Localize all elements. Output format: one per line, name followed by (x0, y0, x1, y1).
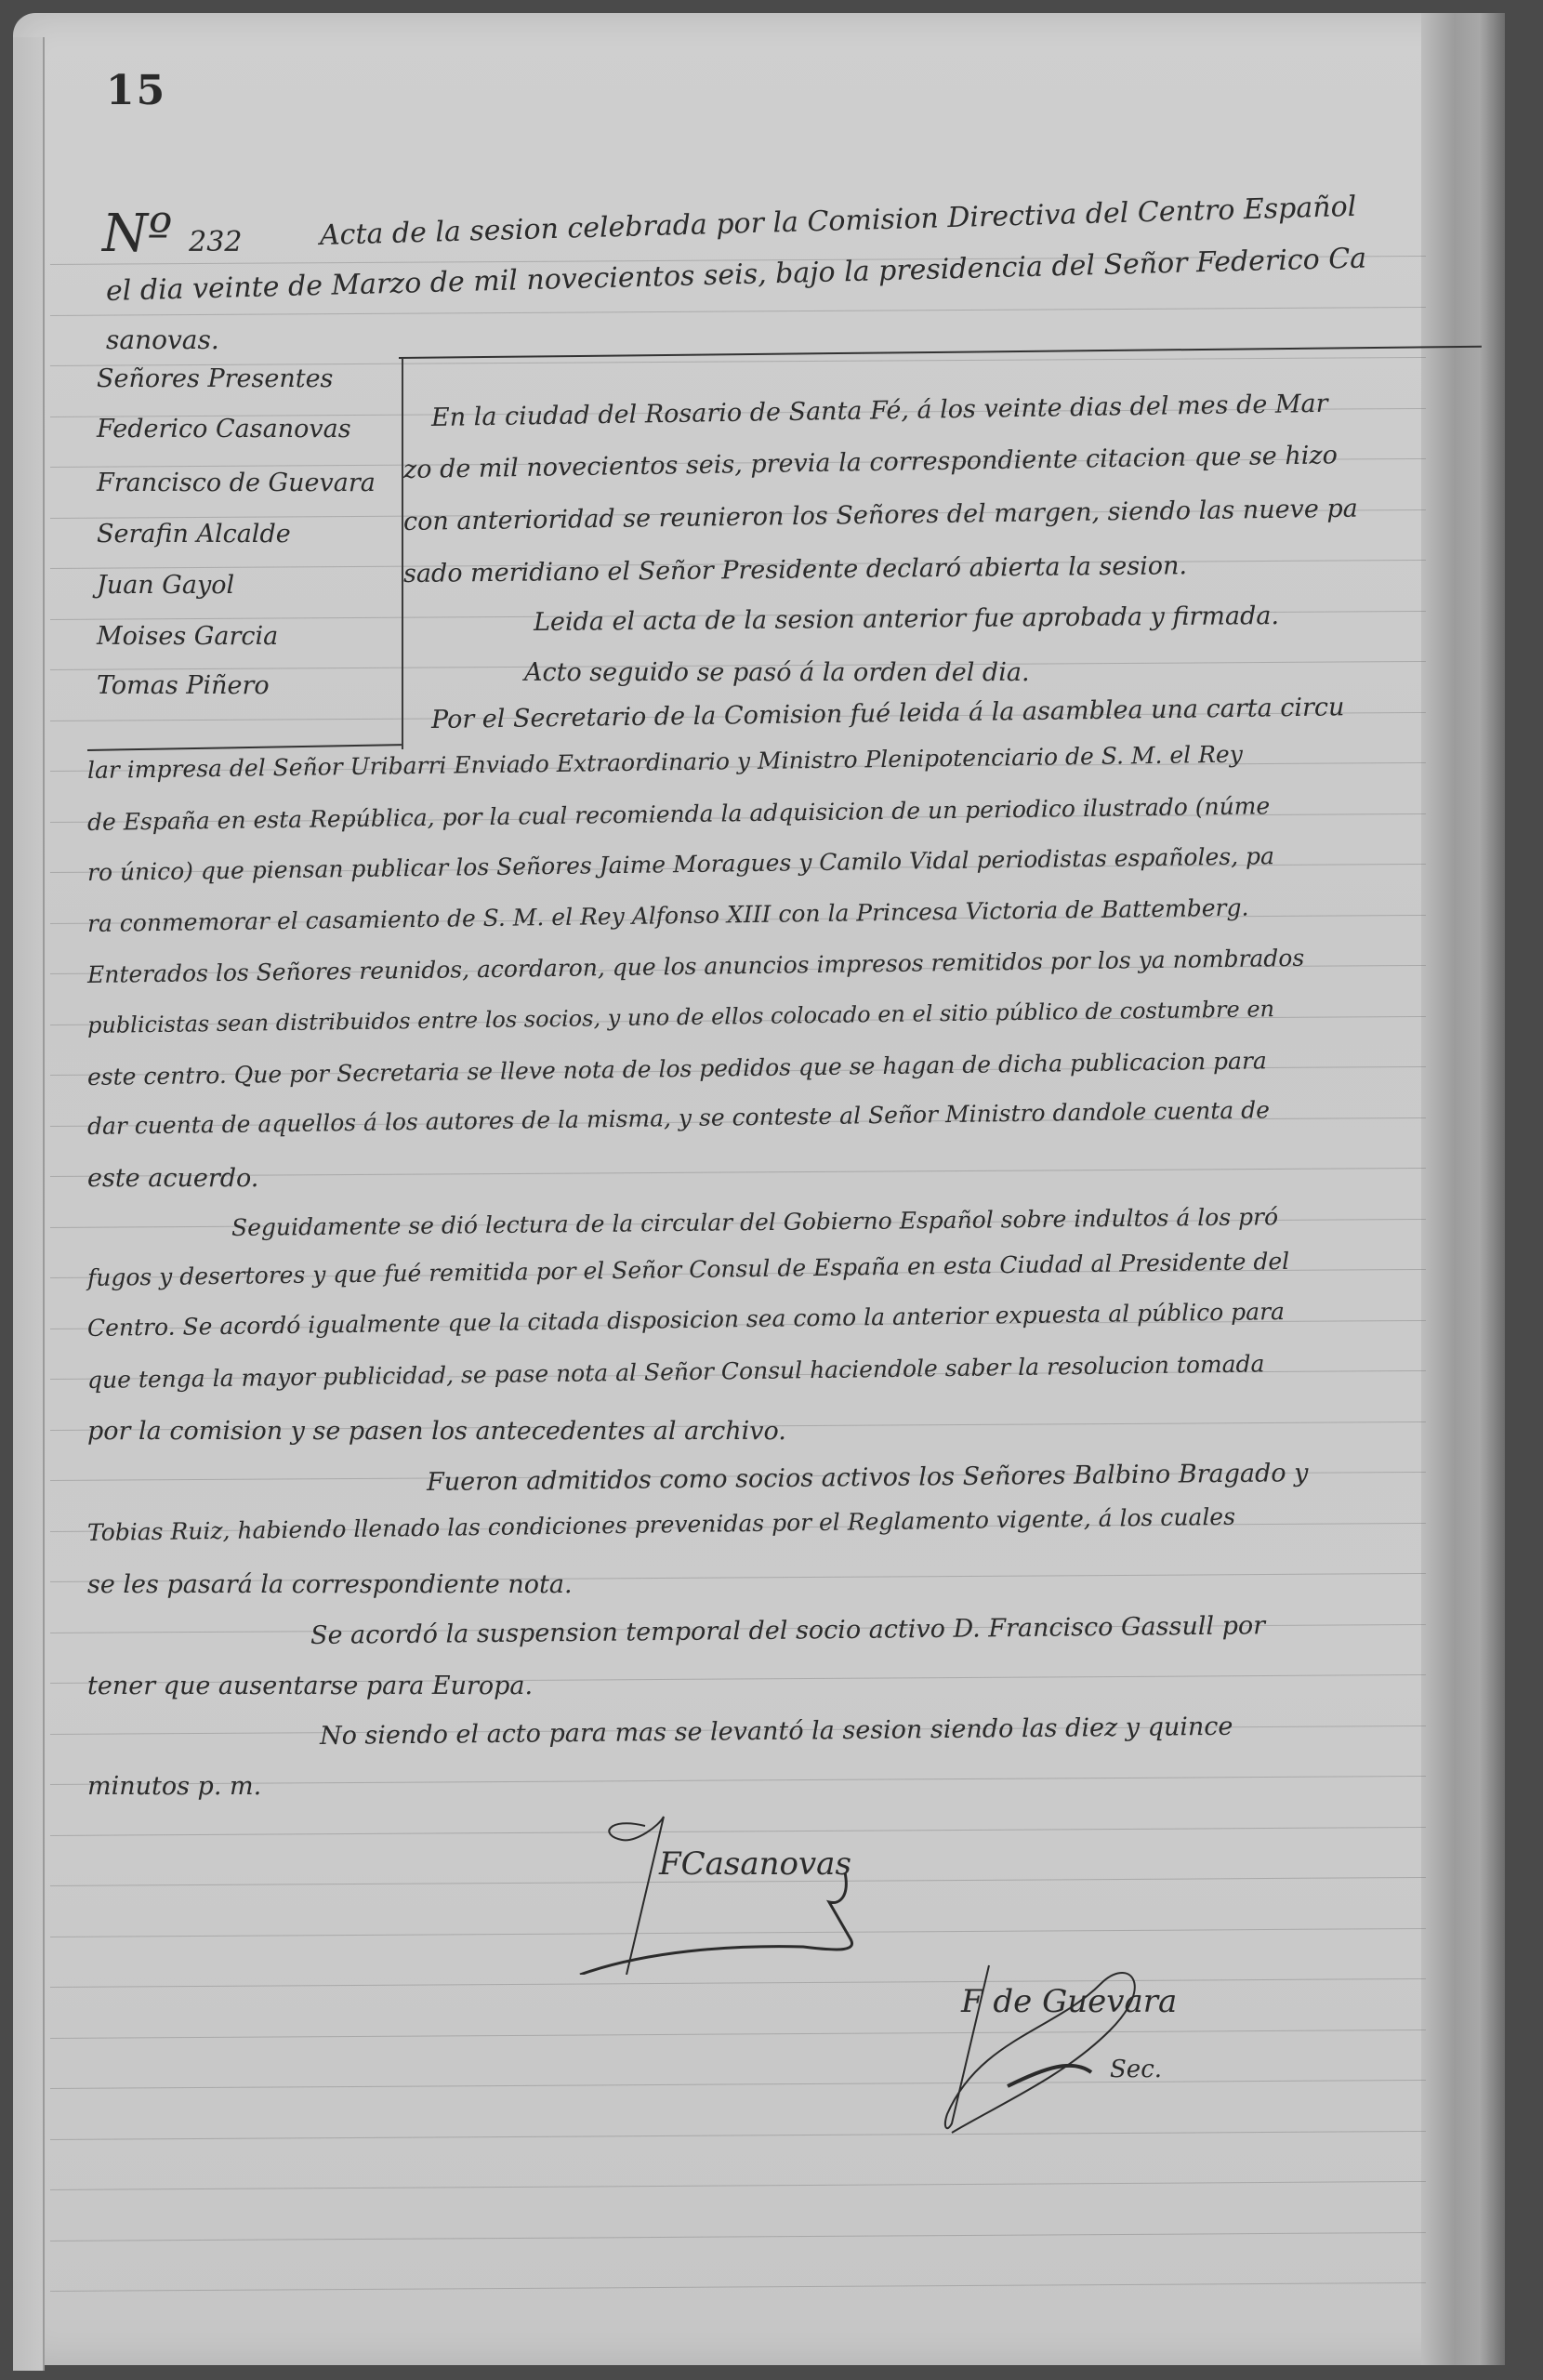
attendees-title: Señores Presentes (97, 364, 333, 393)
attendee-name: Tomas Piñero (97, 671, 270, 700)
record-number-value: 232 (189, 226, 242, 258)
attendee-name: Juan Gayol (97, 571, 234, 600)
signature-guevara: F de Guevara Sec. (924, 1947, 1259, 2142)
body-line: No siendo el acto para mas se levantó la… (320, 1712, 1233, 1751)
boxed-text-line: Leida el acta de la sesion anterior fue … (534, 602, 1279, 637)
heading-line-3: sanovas. (106, 324, 219, 355)
boxed-text-line: En la ciudad del Rosario de Santa Fé, á … (431, 390, 1328, 432)
body-line: Enterados los Señores reunidos, acordaro… (87, 945, 1305, 988)
attendee-name: Moises Garcia (97, 622, 278, 651)
body-line: Se acordó la suspension temporal del soc… (310, 1611, 1265, 1650)
body-line: ro único) que piensan publicar los Señor… (87, 842, 1274, 886)
boxed-text-line: zo de mil novecientos seis, previa la co… (403, 441, 1338, 484)
boxed-text-line: con anterioridad se reunieron los Señore… (403, 495, 1358, 536)
page-left-edge (13, 37, 45, 2371)
body-line: dar cuenta de aquellos á los autores de … (87, 1096, 1270, 1140)
boxed-text-line: sado meridiano el Señor Presidente decla… (403, 551, 1187, 588)
boxed-text-line: Acto seguido se pasó á la orden del dia. (524, 658, 1030, 687)
record-number: Nº 232 (102, 204, 242, 264)
svg-text:Sec.: Sec. (1110, 2056, 1162, 2083)
attendees-box-divider (402, 359, 403, 749)
body-line: ra conmemorar el casamiento de S. M. el … (87, 894, 1249, 937)
svg-text:FCasanovas: FCasanovas (658, 1845, 851, 1883)
body-line: Seguidamente se dió lectura de la circul… (231, 1203, 1278, 1241)
ruled-line (50, 2282, 1426, 2292)
attendee-name: Francisco de Guevara (97, 469, 376, 497)
attendees-bottom-rule (87, 744, 402, 751)
record-number-prefix: Nº (102, 204, 172, 264)
body-line: este acuerdo. (87, 1164, 258, 1193)
body-line: tener que ausentarse para Europa. (87, 1672, 533, 1700)
body-line: fugos y desertores y que fué remitida po… (87, 1248, 1290, 1291)
body-line: Centro. Se acordó igualmente que la cita… (87, 1298, 1285, 1342)
ruled-line (50, 2181, 1426, 2190)
body-line: por la comision y se pasen los anteceden… (87, 1417, 786, 1446)
body-line: este centro. Que por Secretaria se lleve… (87, 1047, 1267, 1091)
body-line: Por el Secretario de la Comision fué lei… (431, 693, 1345, 734)
svg-text:F de Guevara: F de Guevara (960, 1983, 1177, 2020)
body-line: se les pasará la correspondiente nota. (87, 1570, 573, 1599)
signature-casanovas: FCasanovas (571, 1798, 868, 1975)
body-line: Tobias Ruiz, habiendo llenado las condic… (87, 1503, 1235, 1546)
heading-line-2: el dia veinte de Marzo de mil noveciento… (106, 242, 1367, 307)
body-line: Fueron admitidos como socios activos los… (427, 1459, 1309, 1497)
book-gutter (1421, 13, 1505, 2365)
ruled-line (50, 306, 1426, 315)
ledger-page: 15 Nº 232 Acta de la sesion celebrada po… (13, 13, 1505, 2365)
body-line: publicistas sean distribuidos entre los … (87, 996, 1274, 1038)
heading-line-1: Acta de la sesion celebrada por la Comis… (320, 191, 1357, 252)
ruled-line (50, 2231, 1426, 2241)
body-line: que tenga la mayor publicidad, se pase n… (87, 1350, 1265, 1394)
attendee-name: Serafin Alcalde (97, 520, 291, 549)
body-line: minutos p. m. (87, 1772, 261, 1801)
attendee-name: Federico Casanovas (97, 415, 351, 443)
body-line: de España en esta República, por la cual… (87, 792, 1271, 836)
page-number: 15 (106, 67, 166, 114)
